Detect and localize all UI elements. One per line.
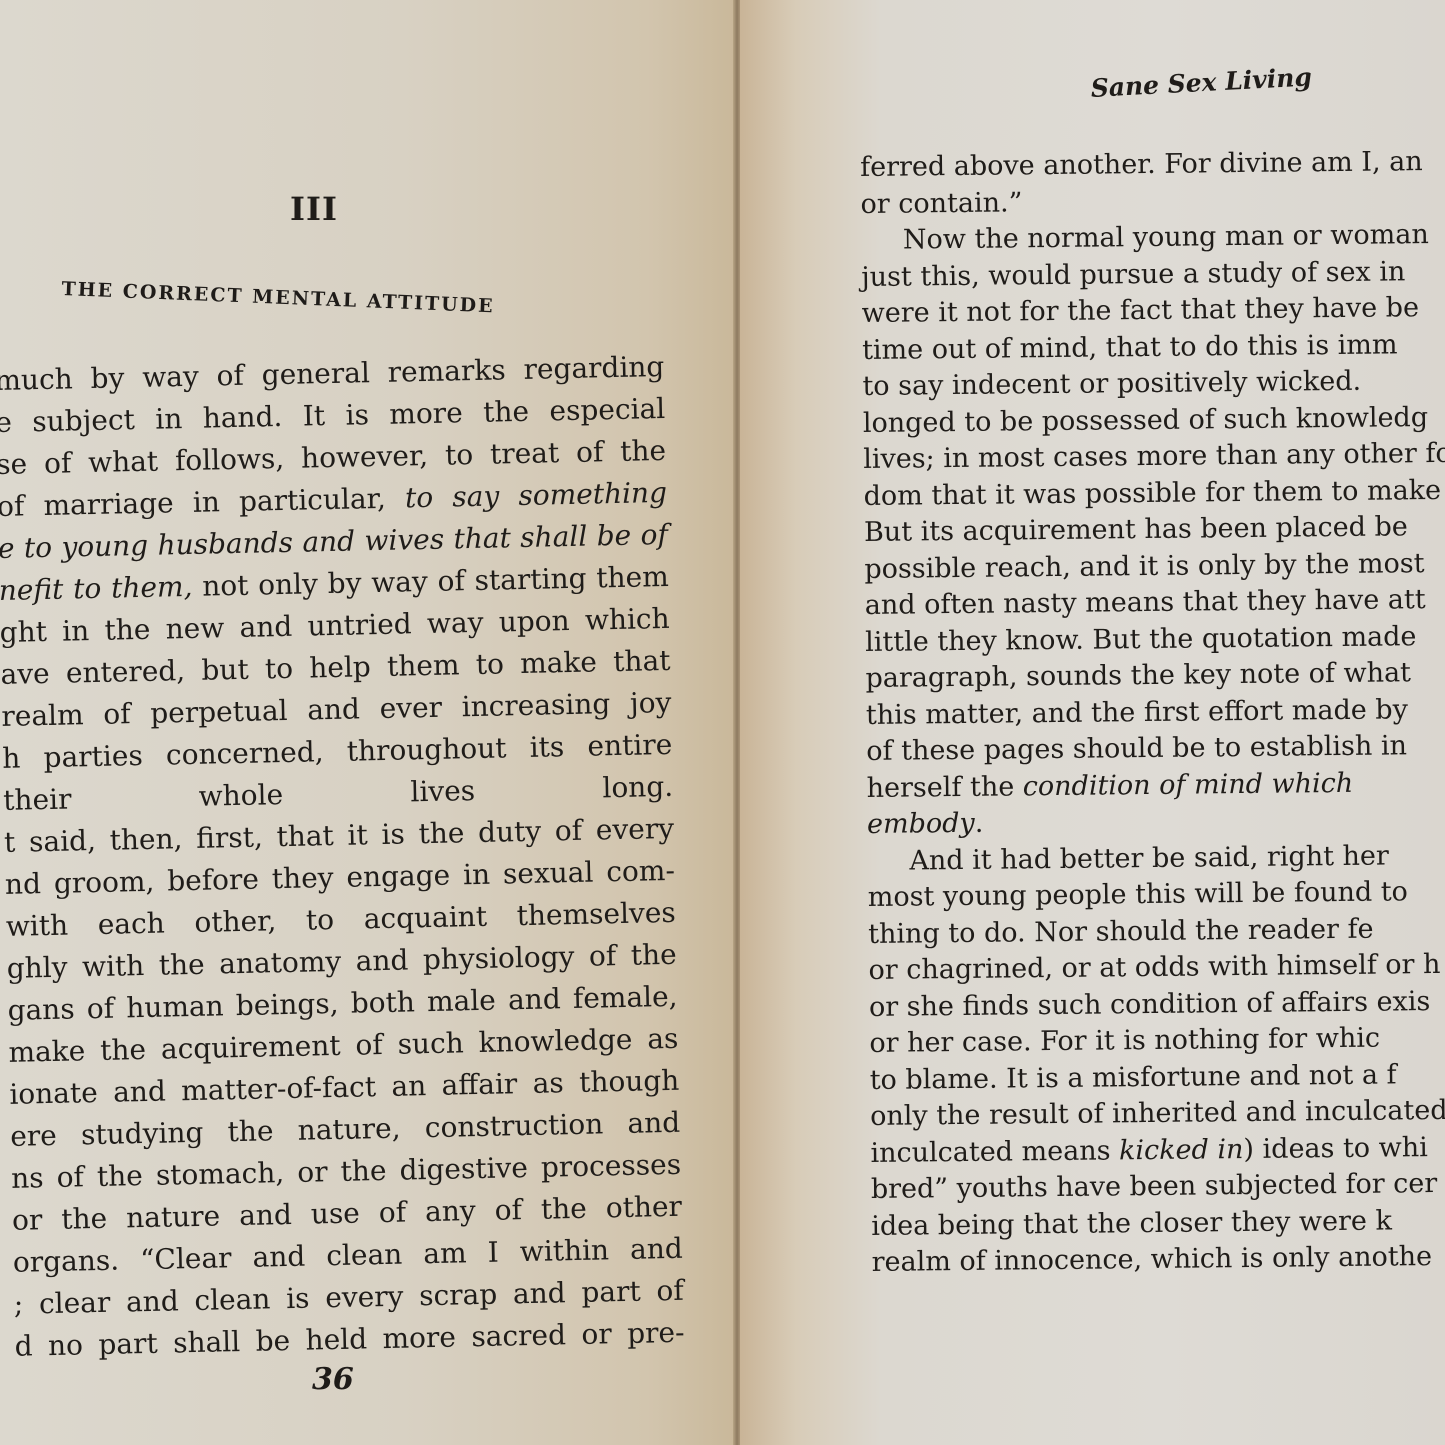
left-body-text: much by way of general remarks regarding…	[0, 346, 705, 1368]
chapter-title: THE CORRECT MENTAL ATTITUDE	[61, 278, 495, 317]
text-line: or chagrined, or at odds with himself or…	[868, 946, 1445, 989]
text-line: inculcated means kicked in) ideas to whi	[870, 1129, 1445, 1172]
text-line: this matter, and the first effort made b…	[866, 691, 1445, 734]
text-line: realm of innocence, which is only anothe	[871, 1238, 1445, 1281]
text-line: little they know. But the quotation made	[865, 618, 1445, 661]
right-body-text: ferred above another. For divine am I, a…	[860, 143, 1445, 1281]
text-line: just this, would pursue a study of sex i…	[861, 253, 1445, 296]
page-number: 36	[312, 1362, 354, 1397]
text-line: ferred above another. For divine am I, a…	[860, 143, 1445, 186]
text-line: were it not for the fact that they have …	[862, 289, 1445, 332]
text-line: longed to be possessed of such knowledg	[863, 399, 1445, 442]
running-head: Sane Sex Living	[1090, 62, 1313, 103]
text-line: to blame. It is a misfortune and not a f	[870, 1056, 1445, 1099]
text-line: of these pages should be to establish in	[866, 727, 1445, 770]
right-page: Sane Sex Living ferred above another. Fo…	[740, 0, 1445, 1445]
italic-emphasis: kicked in	[1119, 1134, 1244, 1166]
italic-emphasis: to say something	[405, 476, 668, 514]
text-line: time out of mind, that to do this is imm	[862, 326, 1445, 369]
text-line: or she finds such condition of affairs e…	[869, 983, 1445, 1026]
text-line: But its acquirement has been placed be	[864, 508, 1445, 551]
text-line: paragraph, sounds the key note of what	[865, 654, 1445, 697]
italic-emphasis: embody	[867, 808, 975, 840]
text-line: embody.	[867, 800, 1445, 843]
text-line: dom that it was possible for them to mak…	[863, 472, 1445, 515]
italic-emphasis: condition of mind which	[1023, 767, 1354, 801]
text-line: and often nasty means that they have att	[865, 581, 1445, 624]
text-line: And it had better be said, right her	[867, 836, 1445, 880]
text-line: only the result of inherited and inculca…	[870, 1092, 1445, 1135]
text-line: most young people this will be found to	[868, 873, 1445, 916]
chapter-number: III	[290, 190, 338, 228]
text-line: herself the condition of mind which	[866, 764, 1445, 807]
text-line: possible reach, and it is only by the mo…	[864, 545, 1445, 588]
text-line: lives; in most cases more than any other…	[863, 435, 1445, 478]
text-line: thing to do. Nor should the reader fe	[868, 910, 1445, 953]
italic-emphasis: nefit to them,	[0, 570, 193, 607]
text-line: or her case. For it is nothing for whic	[869, 1019, 1445, 1062]
text-line: idea being that the closer they were k	[871, 1202, 1445, 1245]
text-line: Now the normal young man or woman	[861, 216, 1445, 260]
text-line: to say indecent or positively wicked.	[862, 362, 1445, 405]
text-line: or contain.”	[860, 180, 1445, 223]
text-line: bred” youths have been subjected for cer	[871, 1165, 1445, 1208]
left-page: III THE CORRECT MENTAL ATTITUDE much by …	[0, 0, 735, 1445]
